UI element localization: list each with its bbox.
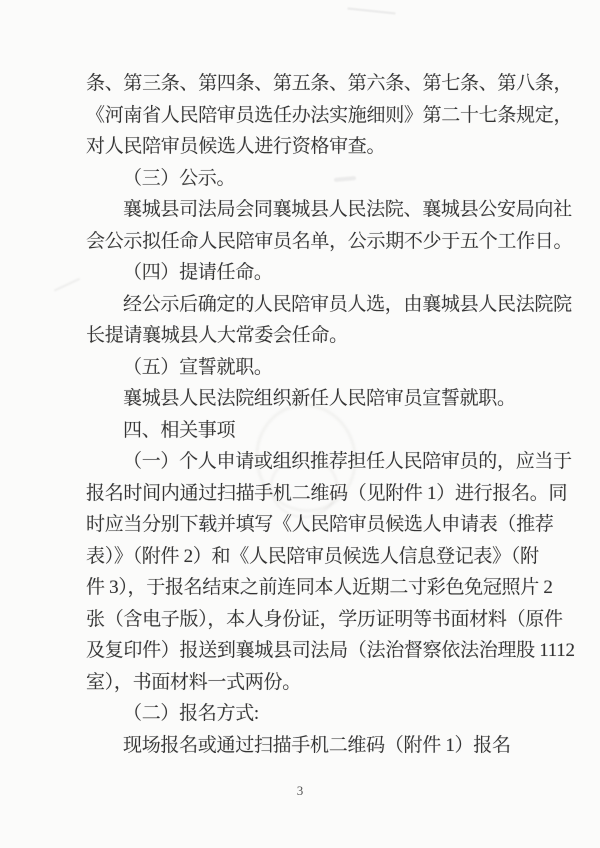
- document-line: （四）提请任命。: [86, 257, 524, 289]
- document-line: 会公示拟任命人民陪审员名单，公示期不少于五个工作日。: [86, 226, 524, 258]
- document-line: （一）个人申请或组织推荐担任人民陪审员的，应当于: [86, 446, 524, 478]
- document-line: （五）宣誓就职。: [86, 352, 524, 384]
- document-line: 张（含电子版），本人身份证，学历证明等书面材料（原件: [86, 604, 524, 636]
- document-line: （二）报名方式:: [86, 698, 524, 730]
- document-line: 现场报名或通过扫描手机二维码（附件 1）报名: [86, 730, 524, 762]
- document-line: 及复印件）报送到襄城县司法局（法治督察依法治理股 1112: [86, 635, 524, 667]
- document-line: 襄城县司法局会同襄城县人民法院、襄城县公安局向社: [86, 194, 524, 226]
- document-line: 《河南省人民陪审员选任办法实施细则》第二十七条规定，: [86, 100, 524, 132]
- document-line: 长提请襄城县人大常委会任命。: [86, 320, 524, 352]
- document-line: 报名时间内通过扫描手机二维码（见附件 1）进行报名。同: [86, 478, 524, 510]
- scan-streak-artifact: [348, 0, 397, 14]
- document-line: （三）公示。: [86, 163, 524, 195]
- page-number: 3: [0, 783, 600, 799]
- document-line: 室），书面材料一式两份。: [86, 667, 524, 699]
- document-line: 对人民陪审员候选人进行资格审查。: [86, 131, 524, 163]
- scan-scratch-artifact: [54, 278, 86, 304]
- document-line: 时应当分别下载并填写《人民陪审员候选人申请表（推荐: [86, 509, 524, 541]
- document-line: 四、相关事项: [86, 415, 524, 447]
- document-line: 经公示后确定的人民陪审员人选，由襄城县人民法院院: [86, 289, 524, 321]
- document-line: 件 3），于报名结束之前连同本人近期二寸彩色免冠照片 2: [86, 572, 524, 604]
- document-page: 条、第三条、第四条、第五条、第六条、第七条、第八条， 《河南省人民陪审员选任办法…: [0, 0, 600, 848]
- document-line: 条、第三条、第四条、第五条、第六条、第七条、第八条，: [86, 68, 524, 100]
- document-text-block: 条、第三条、第四条、第五条、第六条、第七条、第八条， 《河南省人民陪审员选任办法…: [86, 68, 524, 761]
- document-line: 表）》（附件 2）和《人民陪审员候选人信息登记表》（附: [86, 541, 524, 573]
- document-line: 襄城县人民法院组织新任人民陪审员宣誓就职。: [86, 383, 524, 415]
